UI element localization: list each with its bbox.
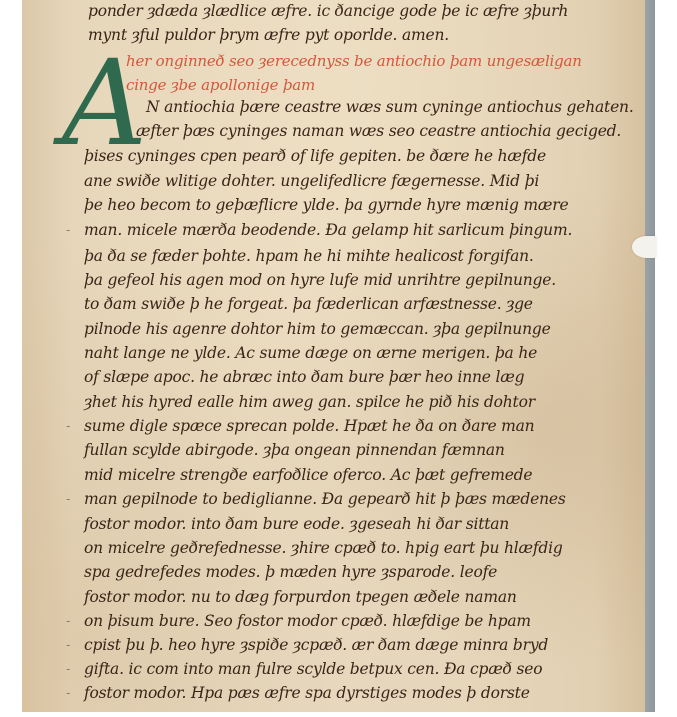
text-line: on micelre geðrefednesse. ȝhire cpæð to.… bbox=[84, 539, 563, 557]
text-line: fostor modor. nu to dæg forpurdon tpegen… bbox=[84, 588, 517, 606]
margin-mark: - bbox=[66, 638, 70, 652]
text-line: N antiochia þære ceastre wæs sum cyninge… bbox=[146, 98, 634, 116]
text-line: fostor modor. into ðam bure eode. ȝgesea… bbox=[84, 515, 509, 533]
text-line: naht lange ne ylde. Ac sume dæge on ærne… bbox=[84, 344, 537, 362]
text-line: pilnode his agenre dohtor him to gemæcca… bbox=[84, 320, 551, 338]
text-line: þa gefeol his agen mod on hyre lufe mid … bbox=[84, 271, 556, 289]
rubric-line: cinge ȝbe apollonige þam bbox=[126, 76, 315, 94]
text-line: spa gedrefedes modes. þ mæden hyre ȝspar… bbox=[84, 563, 497, 581]
margin-mark: - bbox=[66, 614, 70, 628]
rubric-line: her onginneð seo ȝerecednyss be antiochi… bbox=[126, 52, 582, 70]
text-line: þises cyninges cpen pearð of life gepite… bbox=[84, 147, 546, 165]
margin-mark: - bbox=[66, 686, 70, 700]
text-line: ponder ȝdæda ȝlædlice æfre. ic ðancige g… bbox=[88, 2, 568, 20]
text-line: fostor modor. Hpa pæs æfre spa dyrstiges… bbox=[84, 684, 530, 702]
text-line: gifta. ic com into man fulre scylde betp… bbox=[84, 660, 542, 678]
text-line: sume digle spæce sprecan polde. Hpæt he … bbox=[84, 417, 534, 435]
text-line: on þisum bure. Seo fostor modor cpæð. hl… bbox=[84, 612, 531, 630]
text-line: æfter þæs cyninges naman wæs seo ceastre… bbox=[136, 122, 621, 140]
text-line: man gepilnode to bediglianne. Ða gepearð… bbox=[84, 490, 566, 508]
text-line: þe heo becom to geþæflicre ylde. þa gyrn… bbox=[84, 196, 568, 214]
text-line: fullan scylde abirgode. ȝþa ongean pinne… bbox=[84, 441, 505, 459]
manuscript-page: A ponder ȝdæda ȝlædlice æfre. ic ðancige… bbox=[22, 0, 646, 712]
text-line: ȝhet his hyred ealle him aweg gan. spilc… bbox=[84, 393, 535, 411]
text-line: cpist þu þ. heo hyre ȝspiðe ȝcpæð. ær ða… bbox=[84, 636, 548, 654]
margin-mark: - bbox=[66, 492, 70, 506]
image-viewer: A ponder ȝdæda ȝlædlice æfre. ic ðancige… bbox=[0, 0, 677, 717]
text-line: mid micelre strengðe earfoðlice oferco. … bbox=[84, 466, 532, 484]
page-edge bbox=[645, 0, 655, 712]
text-line: ane swiðe wlitige dohter. ungelifedlicre… bbox=[84, 172, 539, 190]
text-line: mynt ȝful puldor þrym æfre pyt oporlde. … bbox=[88, 26, 449, 44]
margin-mark: - bbox=[66, 662, 70, 676]
text-line: man. micele mærða beodende. Ða gelamp hi… bbox=[84, 221, 572, 239]
text-line: þa ða se fæder þohte. hpam he hi mihte h… bbox=[84, 247, 534, 265]
text-line: to ðam swiðe þ he forgeat. þa fæderlican… bbox=[84, 295, 533, 313]
page-tab-marker bbox=[632, 236, 656, 258]
margin-mark: - bbox=[66, 223, 70, 237]
margin-mark: - bbox=[66, 419, 70, 433]
text-line: of slæpe apoc. he abræc into ðam bure þæ… bbox=[84, 368, 524, 386]
